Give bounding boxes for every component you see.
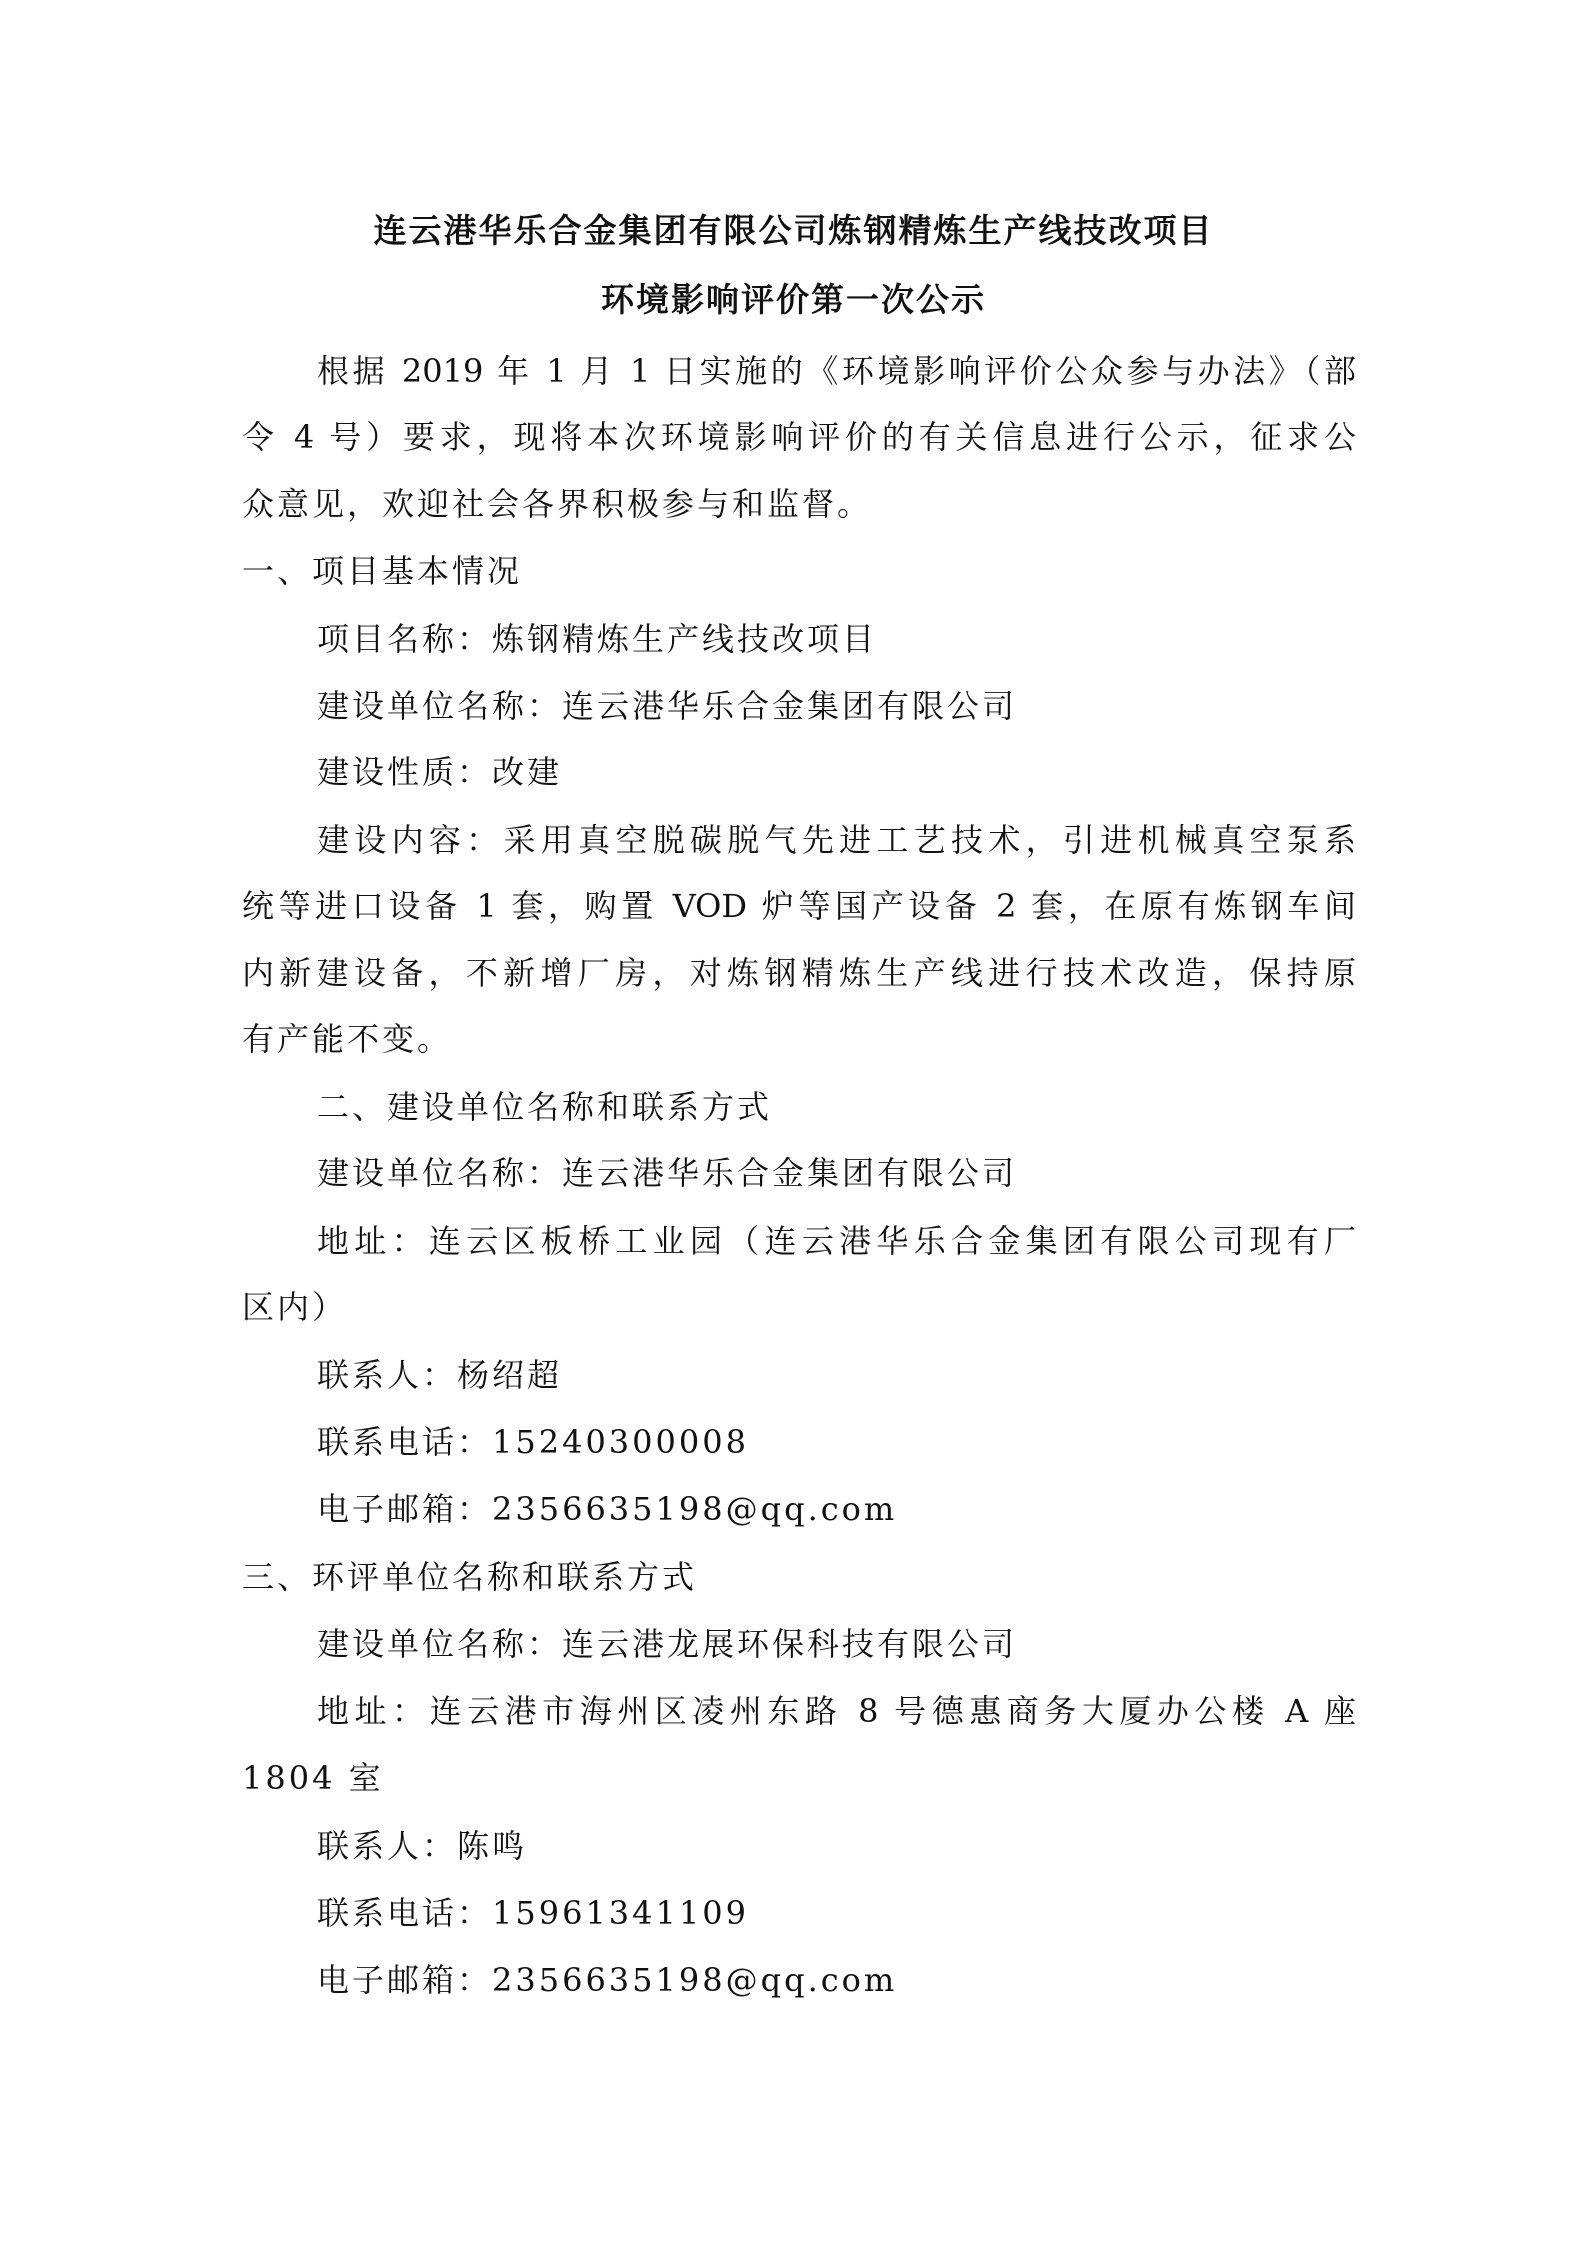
section-3-address-line-1: 地址：连云港市海州区凌州东路 8 号德惠商务大厦办公楼 A 座 <box>317 1691 1356 1731</box>
document-title-line-2: 环境影响评价第一次公示 <box>0 280 1587 320</box>
builder-name: 建设单位名称：连云港华乐合金集团有限公司 <box>317 686 1356 726</box>
section-3-address-line-2: 1804 室 <box>242 1758 1356 1798</box>
intro-line-3: 众意见，欢迎社会各界积极参与和监督。 <box>242 484 1356 524</box>
section-3-heading: 三、环评单位名称和联系方式 <box>242 1557 1356 1597</box>
section-2-phone: 联系电话：15240300008 <box>317 1422 1356 1462</box>
section-3-email: 电子邮箱：2356635198@qq.com <box>317 1960 1356 2000</box>
section-3-phone: 联系电话：15961341109 <box>317 1893 1356 1933</box>
section-1-heading: 一、项目基本情况 <box>242 551 1356 591</box>
section-2-builder-name: 建设单位名称：连云港华乐合金集团有限公司 <box>317 1153 1356 1193</box>
section-2-contact: 联系人：杨绍超 <box>317 1355 1356 1395</box>
construction-content-line-1: 建设内容：采用真空脱碳脱气先进工艺技术，引进机械真空泵系 <box>317 820 1356 860</box>
construction-content-line-4: 有产能不变。 <box>242 1019 1356 1059</box>
intro-line-1: 根据 2019 年 1 月 1 日实施的《环境影响评价公众参与办法》（部 <box>317 351 1356 391</box>
construction-content-line-2: 统等进口设备 1 套，购置 VOD 炉等国产设备 2 套，在原有炼钢车间 <box>242 886 1356 926</box>
project-name: 项目名称：炼钢精炼生产线技改项目 <box>317 619 1356 659</box>
section-2-email: 电子邮箱：2356635198@qq.com <box>317 1489 1356 1529</box>
construction-nature: 建设性质：改建 <box>317 752 1356 792</box>
section-2-heading: 二、建设单位名称和联系方式 <box>317 1087 1356 1127</box>
section-3-contact: 联系人：陈鸣 <box>317 1826 1356 1866</box>
section-2-address-line-2: 区内） <box>242 1287 1356 1327</box>
document-title-line-1: 连云港华乐合金集团有限公司炼钢精炼生产线技改项目 <box>0 211 1587 251</box>
intro-line-2: 令 4 号）要求，现将本次环境影响评价的有关信息进行公示，征求公 <box>242 417 1356 457</box>
section-2-address-line-1: 地址：连云区板桥工业园（连云港华乐合金集团有限公司现有厂 <box>317 1221 1356 1261</box>
section-3-builder-name: 建设单位名称：连云港龙展环保科技有限公司 <box>317 1624 1356 1664</box>
construction-content-line-3: 内新建设备，不新增厂房，对炼钢精炼生产线进行技术改造，保持原 <box>242 953 1356 993</box>
